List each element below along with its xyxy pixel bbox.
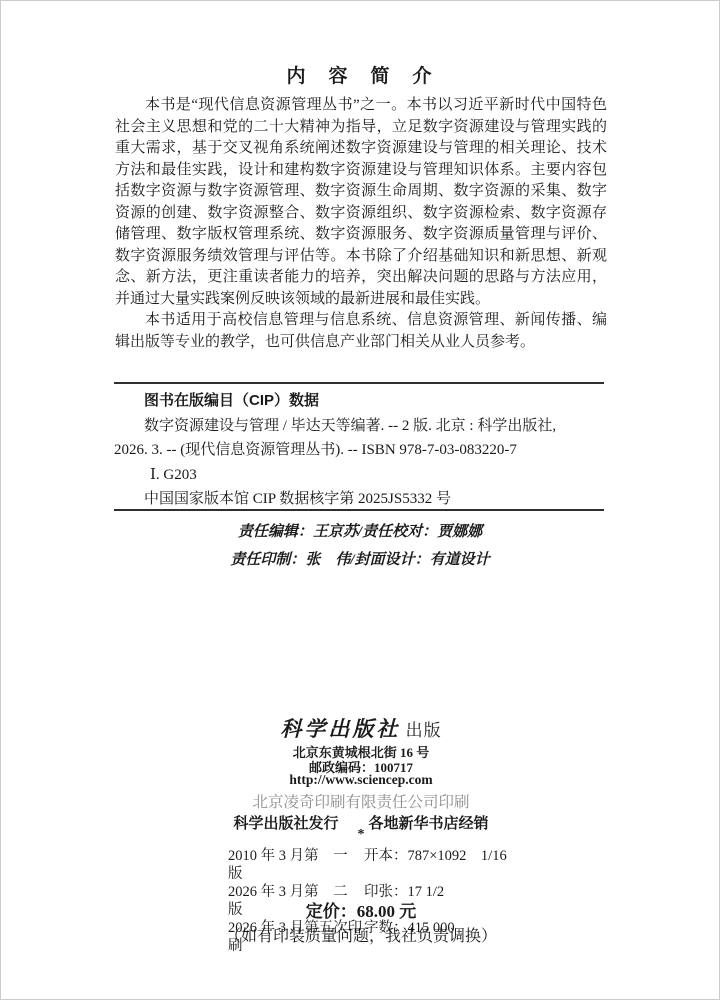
publisher-logo: 科学出版社: [280, 717, 400, 741]
divider-bottom: [114, 509, 604, 511]
edition-spec: 开本：787×1092 1/16: [364, 847, 518, 883]
price-line: 定价：68.00 元: [1, 897, 720, 922]
responsible-printer-line: 责任印制：张 伟/封面设计：有道设计: [114, 546, 606, 574]
cip-heading: 图书在版编目（CIP）数据: [114, 389, 606, 414]
edition-date: 2010 年 3 月第 一 版: [228, 847, 364, 883]
cip-block: 图书在版编目（CIP）数据 数字资源建设与管理 / 毕达天等编著. -- 2 版…: [114, 389, 606, 512]
printer-line: 北京凌奇印刷有限责任公司印刷: [1, 790, 720, 812]
book-abstract: 本书是“现代信息资源管理丛书”之一。本书以习近平新时代中国特色社会主义思想和党的…: [115, 95, 607, 353]
separator-asterisk: *: [1, 827, 720, 843]
cip-class-code: Ⅰ. G203: [114, 463, 606, 488]
edition-row: 2010 年 3 月第 一 版 开本：787×1092 1/16: [228, 847, 518, 883]
cip-record-number: 中国国家版本馆 CIP 数据核字第 2025JS5332 号: [114, 487, 606, 512]
editors-block: 责任编辑：王京苏/责任校对：贾娜娜 责任印制：张 伟/封面设计：有道设计: [114, 518, 606, 574]
page-title: 内 容 简 介: [1, 61, 719, 88]
abstract-paragraph-1: 本书是“现代信息资源管理丛书”之一。本书以习近平新时代中国特色社会主义思想和党的…: [115, 95, 607, 310]
publisher-suffix: 出版: [400, 721, 441, 740]
quality-note: （如有印装质量问题，我社负责调换）: [1, 923, 720, 946]
responsible-editor-line: 责任编辑：王京苏/责任校对：贾娜娜: [114, 518, 606, 546]
publisher-url: http://www.sciencep.com: [1, 772, 720, 788]
book-copyright-page: 内 容 简 介 本书是“现代信息资源管理丛书”之一。本书以习近平新时代中国特色社…: [0, 0, 720, 1000]
cip-entry-line2: 2026. 3. -- (现代信息资源管理丛书). -- ISBN 978-7-…: [114, 438, 606, 463]
divider-top: [114, 382, 604, 384]
publisher-line: 科学出版社 出版: [1, 713, 720, 743]
abstract-paragraph-2: 本书适用于高校信息管理与信息系统、信息资源管理、新闻传播、编辑出版等专业的教学，…: [115, 310, 607, 353]
cip-entry-line1: 数字资源建设与管理 / 毕达天等编著. -- 2 版. 北京 : 科学出版社,: [114, 414, 606, 439]
